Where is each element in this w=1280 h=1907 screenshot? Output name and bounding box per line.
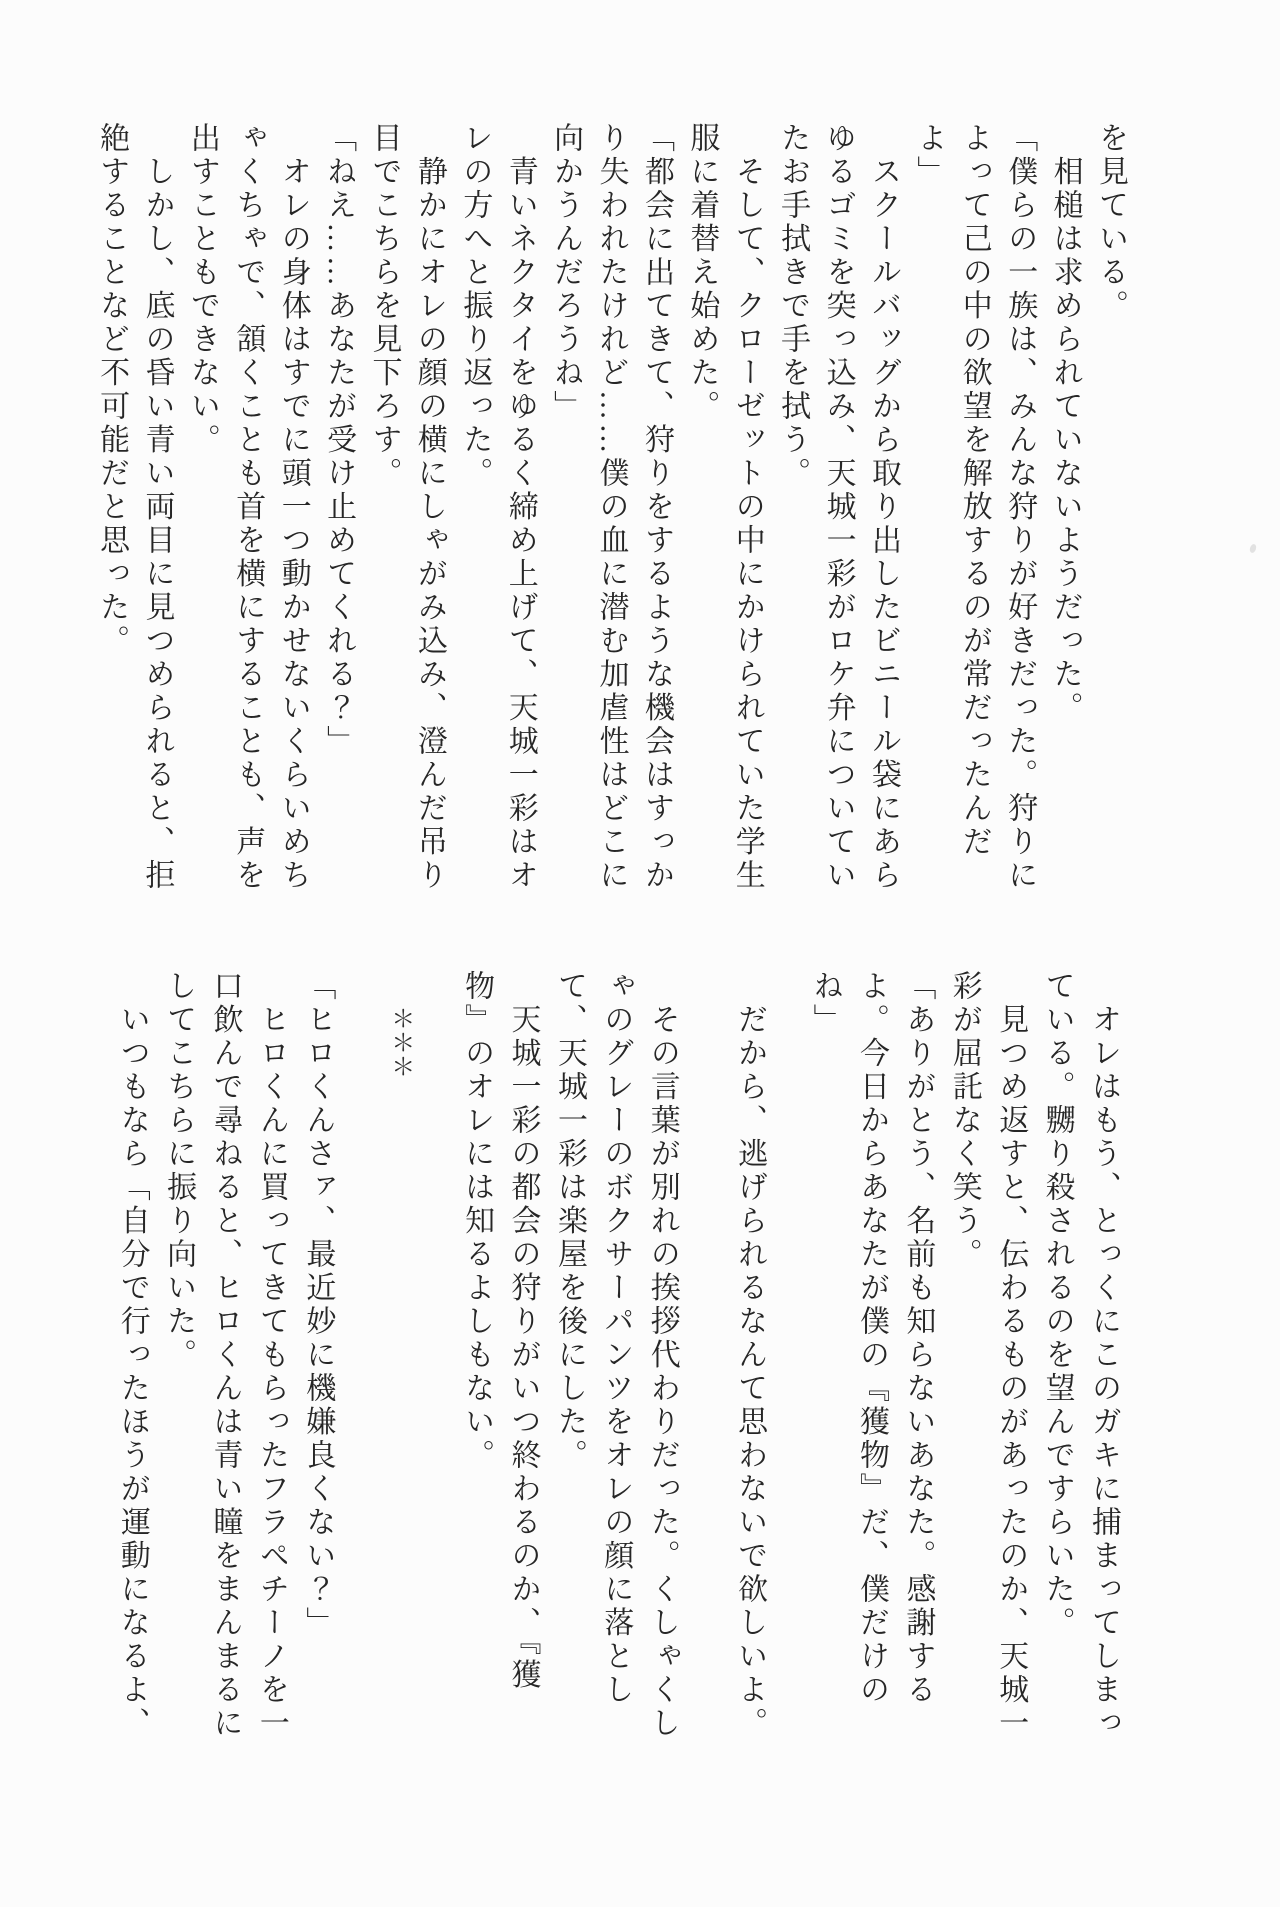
paragraph: 「都会に出てきて、狩りをするような機会はすっか り失われたけれど……僕の血に潜む… <box>543 122 679 896</box>
paragraph: ヒロくんに買ってきてもらったフラペチーノを一 口飲んで尋ねると、ヒロくんは青い瞳… <box>155 970 294 1744</box>
paragraph: オレはもう、とっくにこのガキに捕まってしまっ ている。嬲り殺されるのを望んですら… <box>1033 970 1126 1744</box>
paragraph: 天城一彩の都会の狩りがいつ終わるのか、『獲 物』のオレには知るよしもない。 <box>453 970 546 1744</box>
scan-speck <box>1249 543 1257 553</box>
paragraph: 静かにオレの顔の横にしゃがみ込み、澄んだ吊り 目でこちらを見下ろす。 <box>361 122 452 896</box>
scene-2-text-block: オレはもう、とっくにこのガキに捕まってしまっ ている。嬲り殺されるのを望んですら… <box>108 970 1126 1744</box>
paragraph: その言葉が別れの挨拶代わりだった。くしゃくし ゃのグレーのボクサーパンツをオレの… <box>546 970 685 1744</box>
paragraph: オレの身体はすでに頭一つ動かせないくらいめち ゃくちゃで、頷くことも首を横にする… <box>179 122 315 896</box>
paragraph: 青いネクタイをゆるく締め上げて、天城一彩はオ レの方へと振り返った。 <box>452 122 543 896</box>
paragraph: そして、クローゼットの中にかけられていた学生 服に着替え始めた。 <box>679 122 770 896</box>
paragraph: しかし、底の昏い青い両目に見つめられると、拒 絶することなど不可能だと思った。 <box>89 122 180 896</box>
scanned-novel-page: { "page": { "kind": "vertical-japanese-n… <box>0 0 1280 1907</box>
paragraph: 見つめ返すと、伝わるものがあったのか、天城一 彩が屈託なく笑う。 <box>940 970 1033 1744</box>
scene-separator: ＊＊＊ <box>376 970 422 1744</box>
paragraph: スクールバッグから取り出したビニール袋にあら ゆるゴミを突っ込み、天城一彩がロケ… <box>770 122 906 896</box>
paragraph: を見ている。 <box>1088 122 1133 896</box>
paragraph: いつもなら「自分で行ったほうが運動になるよ、 <box>108 970 154 1744</box>
paragraph: 「僕らの一族は、みんな狩りが好きだった。狩りに よって己の中の欲望を解放するのが… <box>906 122 1042 896</box>
paragraph: 相槌は求められていないようだった。 <box>1042 122 1087 896</box>
book-page: を見ている。 相槌は求められていないようだった。「僕らの一族は、みんな狩りが好き… <box>0 0 1280 1907</box>
paragraph: 「ヒロくんさァ、最近妙に機嫌良くない？」 <box>294 970 340 1744</box>
paragraph: だから、逃げられるなんて思わないで欲しいよ。 <box>726 970 772 1744</box>
paragraph: 「ありがとう、名前も知らないあなた。感謝する よ。今日からあなたが僕の『獲物』だ… <box>801 970 940 1744</box>
scene-1-text-block: を見ている。 相槌は求められていないようだった。「僕らの一族は、みんな狩りが好き… <box>89 122 1133 896</box>
paragraph: 「ねえ……あなたが受け止めてくれる？」 <box>316 122 361 896</box>
